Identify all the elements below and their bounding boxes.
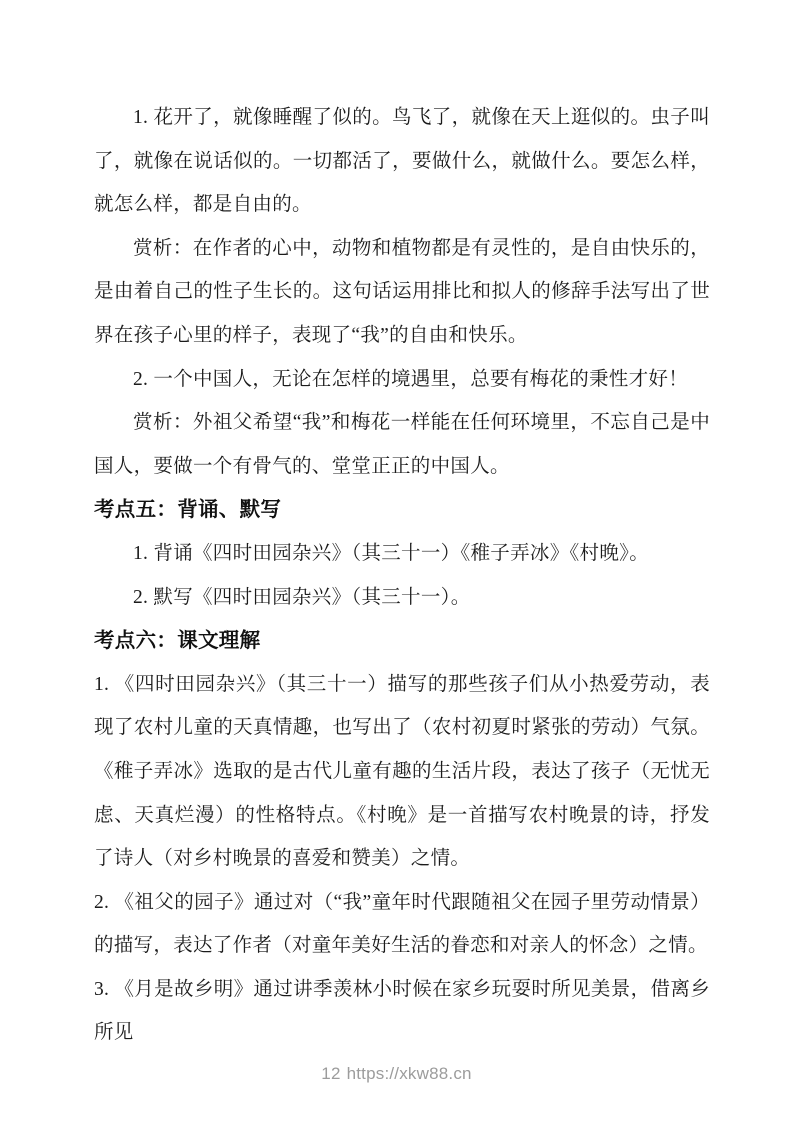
section-heading-kaodian-5: 考点五：背诵、默写	[94, 488, 710, 532]
comprehension-item-1: 1. 《四时田园杂兴》（其三十一）描写的那些孩子们从小热爱劳动，表现了农村儿童的…	[94, 663, 710, 881]
recite-item-1: 1. 背诵《四时田园杂兴》（其三十一）《稚子弄冰》《村晚》。	[94, 532, 710, 576]
quote-sentence-2: 2. 一个中国人，无论在怎样的境遇里，总要有梅花的秉性才好！	[94, 358, 710, 402]
footer-site-url: https://xkw88.cn	[347, 1064, 472, 1083]
page-footer: 12https://xkw88.cn	[0, 1063, 793, 1085]
section-heading-kaodian-6: 考点六：课文理解	[94, 619, 710, 663]
comprehension-item-2: 2. 《祖父的园子》通过对（“我”童年时代跟随祖父在园子里劳动情景）的描写，表达…	[94, 881, 710, 968]
recite-item-2: 2. 默写《四时田园杂兴》（其三十一）。	[94, 576, 710, 620]
comprehension-item-3: 3. 《月是故乡明》通过讲季羡林小时候在家乡玩耍时所见美景，借离乡所见	[94, 968, 710, 1055]
quote-sentence-1: 1. 花开了，就像睡醒了似的。鸟飞了，就像在天上逛似的。虫子叫了，就像在说话似的…	[94, 96, 710, 227]
analysis-sentence-1: 赏析：在作者的心中，动物和植物都是有灵性的，是自由快乐的，是由着自己的性子生长的…	[94, 227, 710, 358]
analysis-sentence-2: 赏析：外祖父希望“我”和梅花一样能在任何环境里，不忘自己是中国人，要做一个有骨气…	[94, 401, 710, 488]
document-body: 1. 花开了，就像睡醒了似的。鸟飞了，就像在天上逛似的。虫子叫了，就像在说话似的…	[94, 96, 710, 1055]
page-number: 12	[321, 1064, 340, 1083]
